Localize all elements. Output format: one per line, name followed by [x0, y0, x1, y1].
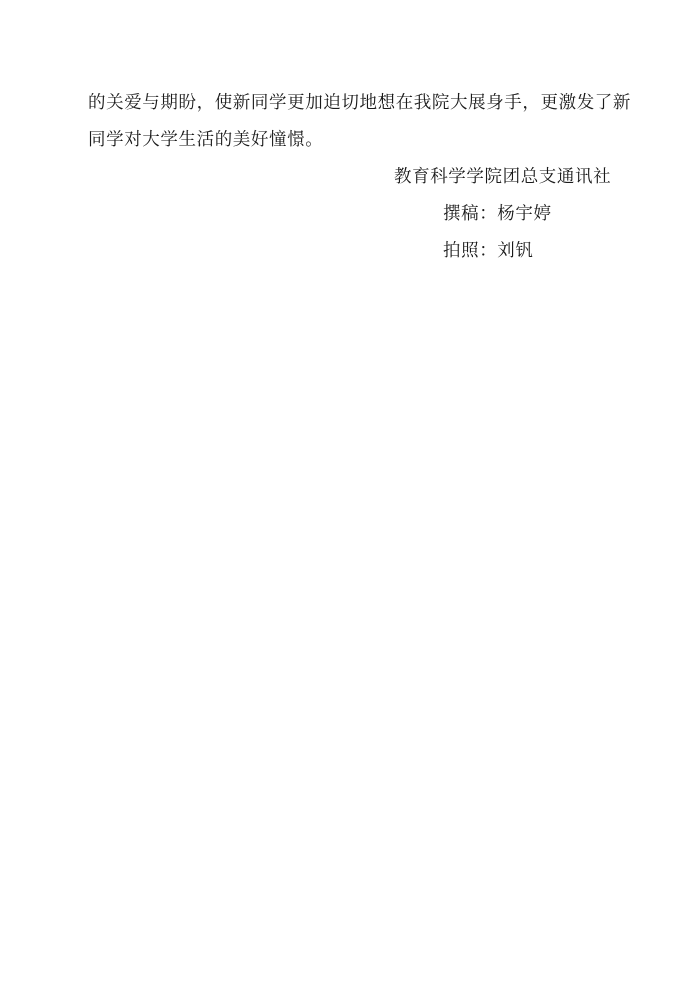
signature-organization: 教育科学学院团总支通讯社 [394, 166, 611, 188]
body-text-line-2: 同学对大学生活的美好憧憬。 [88, 129, 323, 151]
signature-writer: 撰稿：杨宇婷 [443, 203, 552, 225]
document-page: 的关爱与期盼，使新同学更加迫切地想在我院大展身手，更激发了新 同学对大学生活的美… [0, 0, 700, 990]
signature-photographer: 拍照：刘钒 [443, 240, 534, 262]
body-text-line-1: 的关爱与期盼，使新同学更加迫切地想在我院大展身手，更激发了新 [88, 92, 631, 114]
